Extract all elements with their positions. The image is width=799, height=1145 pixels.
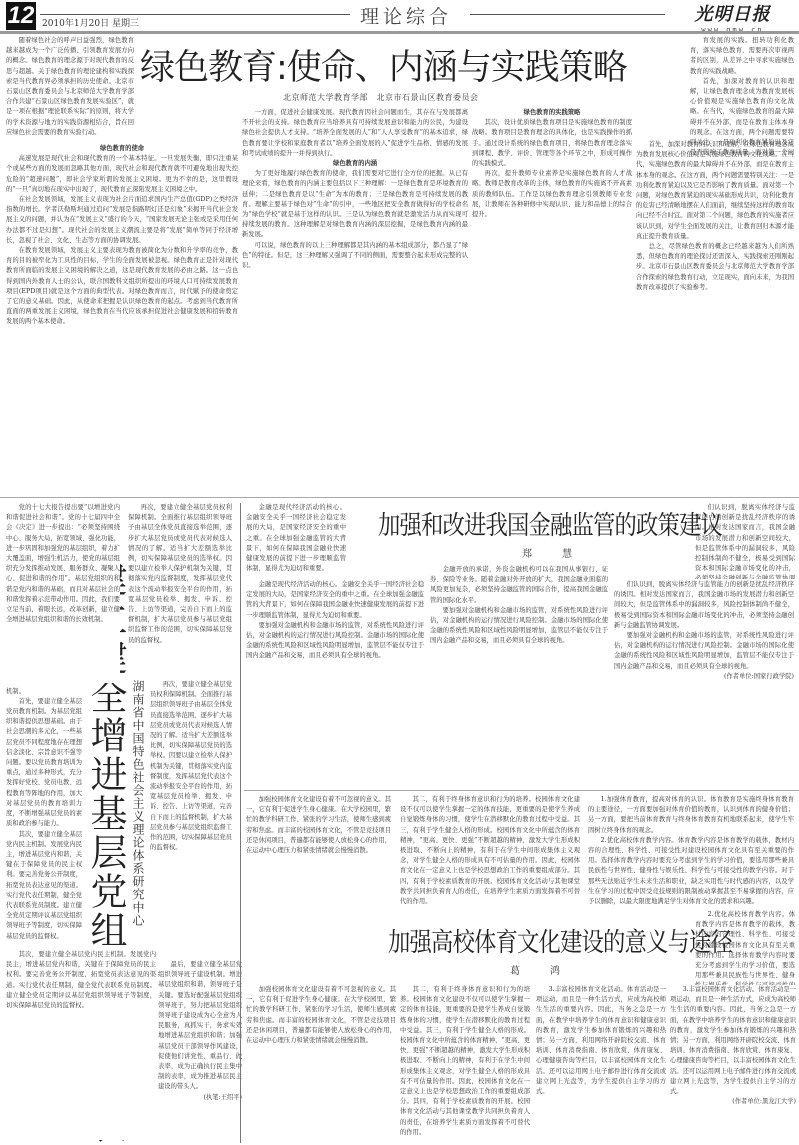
article3-lead-column: 金融是现代经济活动的核心。金融安全关乎一国经济社会稳定发展的大局，是国家经济安全… [246,503,346,579]
article3-paragraph: 金融是现代经济活动的核心。金融安全关乎一国经济社会稳定发展的大局，是国家经济安全… [246,580,424,621]
article1-subhead-mission: 绿色教育的使命 [6,144,238,154]
article4-paragraph: 3.丰富校园体育文化活动。体育活动是一项运动，而且是一种生活方式，应成为高校师生… [536,985,666,1097]
article4-paragraph: 加强校园体育文化建设有着不可忽视的意义。其一，它有利于促进学生身心健康。在大学校… [246,985,396,1046]
article3-author: 郑 慧 [522,545,582,560]
article1-paragraph: 育发展的实践。扭转功利化教育，落实绿色教育，需要再次审视两者的区别，从差异之中寻… [690,36,794,77]
article3-paragraph: 要加强对金融机构和金融市场的监管，对系统性风险进行评估，对金融机构的运行情况进行… [614,631,794,672]
logo-title: 光明日报 [670,0,795,26]
article1-subhead-connotation: 绿色教育的内涵 [242,159,468,169]
section-title: 理论综合 [360,2,452,29]
article2-paragraph: 再次，要建立健全基层党员权利保障机制。全面推行基层组织领导班子由基层全体党员直接… [150,680,232,853]
header-divider [0,31,799,34]
article2-column-2-top: 再次，要建立健全基层党员权利保障机制。全面推行基层组织领导班子由基层全体党员直接… [128,503,232,678]
article2-paragraph: 党的十七大报告提出要“以增进党内和谐促进社会和谐”。党的十七届四中全会《决定》进… [6,503,120,625]
article1-paragraph: 为了更好地履行绿色教育的使命，我们需要对它进行全方位的把握。从已有理论来看，绿色… [242,169,468,240]
header-rule-left [40,14,350,15]
newspaper-logo[interactable]: 光明日报 www.gmw.cn [670,0,795,34]
article2-column-3: 其次，要建立健全基层党内民主机制。发展党内民主，增进基层党内和谐，关键在于保障党… [6,950,156,1140]
article3-paragraph: 要加强对金融机构和金融市场的监管，对系统性风险进行评估，对金融机构的运行情况进行… [430,606,608,647]
article4-paragraph: 其二，有利于终身体育意识和行为的培养。校园体育文化建设不仅可以使学生掌握一定的体… [400,795,580,907]
article2-paragraph: 其次，要建立健全基层党内民主机制。发展党内民主，增进基层党内和谐，关键在于保障党… [6,950,156,1011]
article1-subhead-practice: 绿色教育的实践策略 [472,108,632,118]
page-header: 12 2010年1月20日 星期三 理论综合 光明日报 www.gmw.cn [0,0,799,34]
article1-headline[interactable]: 绿色教育:使命、内涵与实践策略 [140,40,640,90]
article1-paragraph: 首先，加深对教育的认识和理解，让绿色教育理念成为教育发展核心价值观是实施绿色教育… [636,140,794,242]
article3-paragraph: 们认识到，脱离实体经济与监管能力的创新是扰乱经济秩序的诱因。相对发达国家而言，我… [614,580,794,631]
article4-column-7: 3.丰富校园体育文化活动。体育活动是一项运动，而且是一种生活方式，应成为高校师生… [536,985,666,1143]
article2-paragraph: 首先，要建立健全基层党员教育机制。为基层党组织和谐提供思想基础。由于社会思潮的多… [6,697,82,830]
issue-date: 2010年1月20日 星期三 [42,16,139,29]
article4-paragraph: 1.加强体育教育，提高对体育的认识。体育教育是实施终身体育教育的主要途径，一方面… [588,795,794,836]
section-divider [0,497,799,498]
article4-signature: (作者单位:黑龙江大学) [670,1097,796,1107]
article4-paragraph: 其二，有利于终身体育意识和行为的培养。校园体育文化建设不仅可以使学生掌握一定的体… [400,985,530,1138]
article3-column-3-top: 们认识到，脱离实体经济与监管能力的创新是扰乱经济秩序的诱因。相对发达国家而言，我… [695,503,795,579]
article2-column-4: 最后，要建立健全基层党组织领导班子建设机制。增进基层党组织和谐，领导班子是关键。… [158,960,242,1140]
article3-paragraph: 要加强对金融机构和金融市场的监管，对系统性风险进行评估，对金融机构的运行情况进行… [246,621,424,662]
article4-author: 葛 鸿 [510,962,570,977]
article4-column-8: 3.丰富校园体育文化活动。体育活动是一项运动，而且是一种生活方式，应成为高校师生… [670,985,796,1143]
article1-paragraph: 在社会发展领域，发展主义表现为社会片面追求国内生产总值(GDP)之类经济指数的增… [6,195,238,246]
article4-column-2-top: 其二，有利于终身体育意识和行为的培养。校园体育文化建设不仅可以使学生掌握一定的体… [400,795,580,915]
article4-column-4: 2.优化高校体育教学内容。体育教学内容是体育教学的载体，教材内容的合理性、科学性… [695,910,795,985]
article2-paragraph: 最后，要建立健全基层党组织领导班子建设机制。增进基层党组织和谐，领导班子是关键。… [158,960,242,1093]
article2-author: 湖南省中国特色社会主义理论体系研究中心 [125,680,147,927]
article4-column-6: 其二，有利于终身体育意识和行为的培养。校园体育文化建设不仅可以使学生掌握一定的体… [400,985,530,1143]
article3-paragraph: 金融开放的承诺，外资金融机构可以在我国从事银行、证券、保险等业务。随着金融对外开… [430,565,608,606]
article1-paragraph: 总之，尽管绿色教育的概念已经越来越为人们所熟悉，但绿色教育的理论探讨还需深入，实… [636,242,794,293]
article1-paragraph: 其次，设计优质绿色教育项目是实施绿色教育的制度战略。教育项目是教育理念的具体化，… [472,118,632,169]
article4-column-5: 加强校园体育文化建设有着不可忽视的意义。其一，它有利于促进学生身心健康。在大学校… [246,985,396,1143]
article4-column-3-top: 1.加强体育教育，提高对体育的认识。体育教育是实施终身体育教育的主要途径，一方面… [588,795,794,907]
article1-column-4: 首先，加深对教育的认识和理解，让绿色教育理念成为教育发展核心价值观是实施绿色教育… [636,140,794,496]
article1-column-2: 一方面，促进社会健康发展。现代教育因社会问题而生，其存在与发展都离不开社会的支持… [242,108,468,496]
article4-headline[interactable]: 加强高校体育文化建设的意义与途径 [388,922,732,959]
article1-paragraph: 可以说，绿色教育的以上三种理解都是其内涵的基本组成部分，都凸显了“绿色”的特征。… [242,241,468,272]
article3-column-1: 金融是现代经济活动的核心。金融安全关乎一国经济社会稳定发展的大局，是国家经济安全… [246,580,424,780]
article3-paragraph: 们认识到，脱离实体经济与监管能力的创新是扰乱经济秩序的诱因。相对发达国家而言，我… [695,503,795,579]
article1-column-3: 绿色教育的实践策略 其次，设计优质绿色教育项目是实施绿色教育的制度战略。教育项目… [472,108,632,496]
page-number: 12 [6,2,36,30]
article3-headline[interactable]: 加强和改进我国金融监管的政策建议 [378,505,722,542]
article3-column-3: 们认识到，脱离实体经济与监管能力的创新是扰乱经济秩序的诱因。相对发达国家而言，我… [614,580,794,784]
article2-column-1-top: 党的十七大报告提出要“以增进党内和谐促进社会和谐”。党的十七届四中全会《决定》进… [6,503,120,683]
article1-paragraph: 再次，提升教师专业素养是实施绿色教育的人才战略。教师是教育改革的主体，绿色教育的… [472,169,632,220]
article1-column-4-top: 育发展的实践。扭转功利化教育，落实绿色教育，需要再次审视两者的区别，从差异之中寻… [690,36,794,156]
article4-paragraph: 2.优化高校体育教学内容。体育教学内容是体育教学的载体，教材内容的合理性、科学性… [588,836,794,907]
article3-column-2: 金融开放的承诺，外资金融机构可以在我国从事银行、证券、保险等业务。随着金融对外开… [430,565,608,780]
column-separator [240,503,241,1143]
article1-paragraph: 在教育发展领域，发展主义主要表现为教育被简化为分数和升学率的竞争，教育的目的被窄… [6,246,238,328]
header-rule-right [470,14,665,15]
article2-paragraph: 再次，要建立健全基层党员权利保障机制。全面推行基层组织领导班子由基层全体党员直接… [128,503,232,646]
article1-byline: 北京师范大学教育学部 北京市石景山区教育委员会 [283,92,479,103]
article4-paragraph: 加强校园体育文化建设有着不可忽视的意义。其一，它有利于促进学生身心健康。在大学校… [246,795,391,856]
article4-column-1-top: 加强校园体育文化建设有着不可忽视的意义。其一，它有利于促进学生身心健康。在大学校… [246,795,391,920]
article1-paragraph: 一方面，促进社会健康发展。现代教育因社会问题而生，其存在与发展都离不开社会的支持… [242,108,468,159]
article3-lead: 金融是现代经济活动的核心。金融安全关乎一国经济社会稳定发展的大局，是国家经济安全… [246,503,346,574]
article2-signature: (执笔:王绍平) [158,1093,242,1103]
article2-paragraph: 其次，要建立健全基层党内民主机制。发展党内民主，增进基层党内和谐，关键在于保障党… [6,830,82,942]
article3-signature: (作者单位:国家行政学院) [614,672,794,682]
article1-column-1: 绿色教育的使命 高速发展是现代社会和现代教育的一个基本特征。一旦发展失衡，即只注… [6,108,238,496]
article4-paragraph: 3.丰富校园体育文化活动。体育活动是一项运动，而且是一种生活方式，应成为高校师生… [670,985,796,1097]
article4-paragraph: 2.优化高校体育教学内容。体育教学内容是体育教学的载体，教材内容的合理性、科学性… [695,910,795,985]
article1-paragraph: 高速发展是现代社会和现代教育的一个基本特征。一旦发展失衡，即只注重某个或某些方面… [6,154,238,195]
section-divider [244,790,799,791]
